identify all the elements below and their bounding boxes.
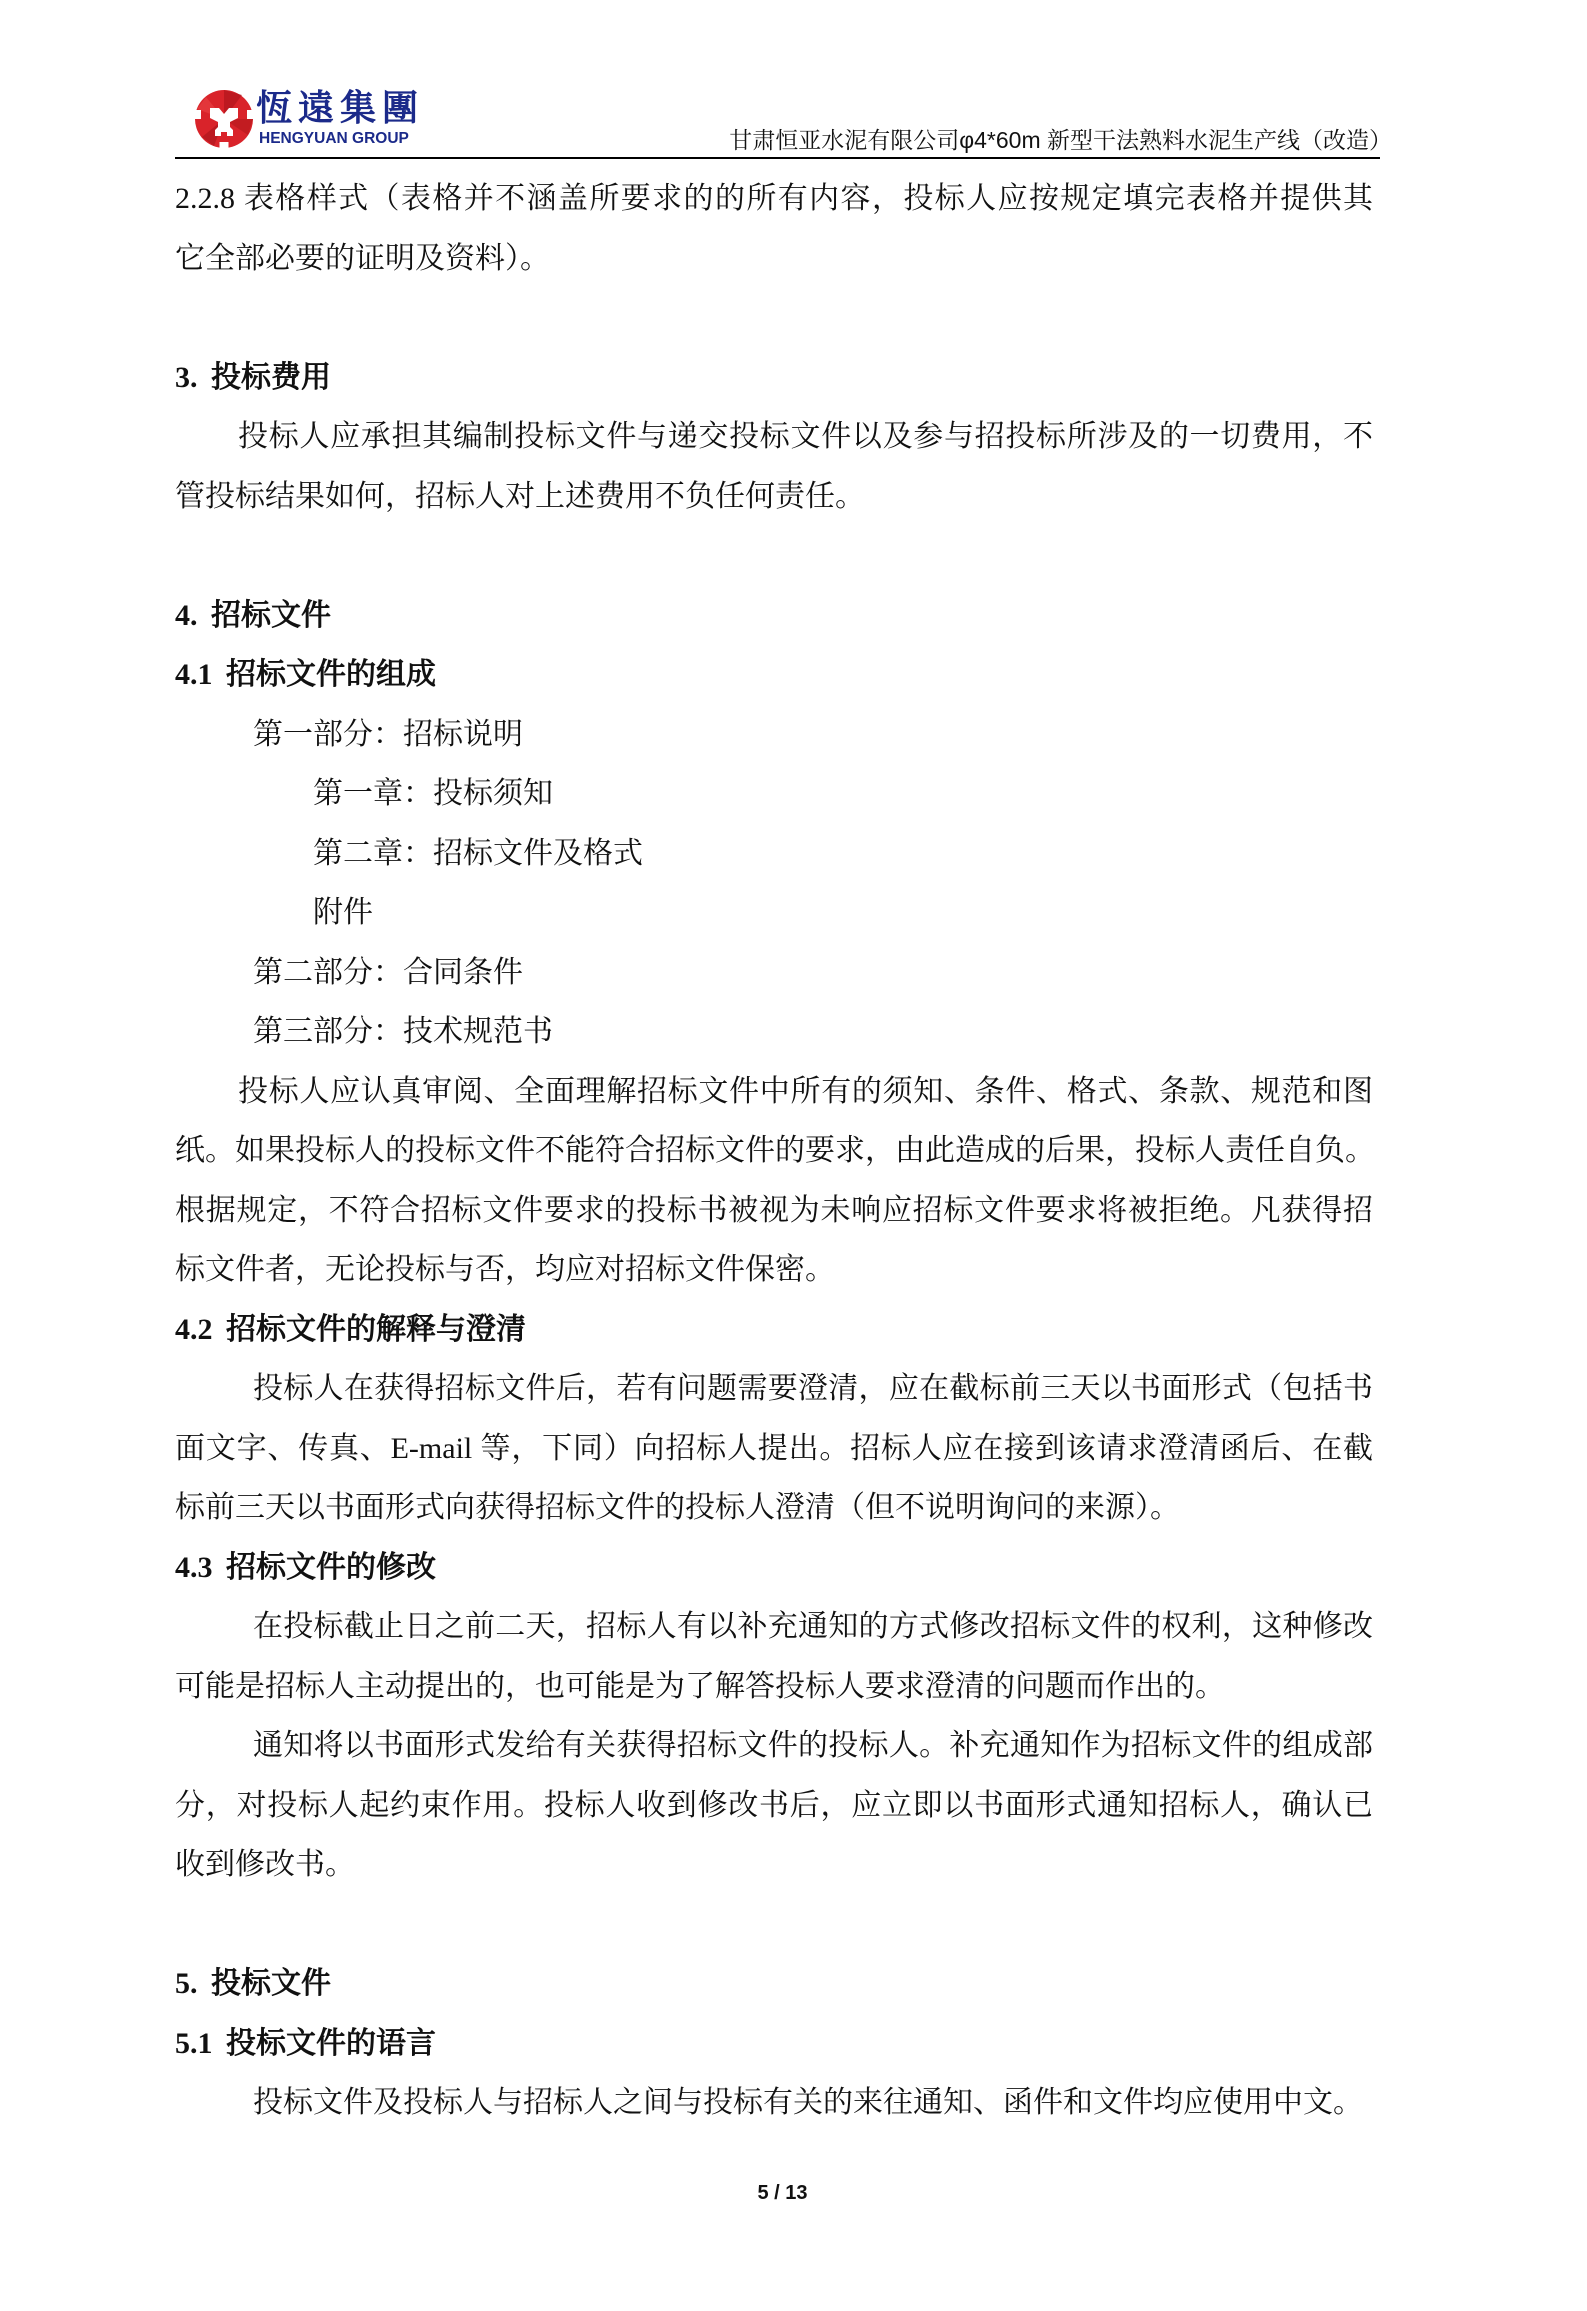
paragraph-line: 通知将以书面形式发给有关获得招标文件的投标人。补充通知作为招标文件的组成部 [175, 1716, 1373, 1776]
subsection-5-1: 5.1 投标文件的语言 投标文件及投标人与招标人之间与投标有关的来往通知、函件和… [175, 2014, 1373, 2133]
paragraph-line: 管投标结果如何，招标人对上述费用不负任何责任。 [175, 467, 1373, 527]
header-divider [175, 157, 1380, 159]
blank-line [175, 1895, 1373, 1955]
paragraph-line: 投标人应承担其编制投标文件与递交投标文件以及参与招投标所涉及的一切费用，不 [175, 407, 1373, 467]
section-5: 5. 投标文件 5.1 投标文件的语言 投标文件及投标人与招标人之间与投标有关的… [175, 1954, 1373, 2133]
outline-item-attachment: 附件 [175, 883, 1373, 943]
paragraph-line: 面文字、传真、E-mail 等，下同）向招标人提出。招标人应在接到该请求澄清函后… [175, 1419, 1373, 1479]
paragraph-line: 2.2.8 表格样式（表格并不涵盖所要求的的所有内容，投标人应按规定填完表格并提… [175, 169, 1373, 229]
paragraph-line: 分，对投标人起约束作用。投标人收到修改书后，应立即以书面形式通知招标人，确认已 [175, 1776, 1373, 1836]
paragraph-line: 标文件者，无论投标与否，均应对招标文件保密。 [175, 1240, 1373, 1300]
section-heading: 3. 投标费用 [175, 348, 1373, 408]
subsection-heading: 4.3 招标文件的修改 [175, 1538, 1373, 1598]
paragraph-line: 纸。如果投标人的投标文件不能符合招标文件的要求，由此造成的后果，投标人责任自负。 [175, 1121, 1373, 1181]
subsection-4-2: 4.2 招标文件的解释与澄清 投标人在获得招标文件后，若有问题需要澄清，应在截标… [175, 1300, 1373, 1538]
subsection-heading: 4.2 招标文件的解释与澄清 [175, 1300, 1373, 1360]
clause-2-2-8: 2.2.8 表格样式（表格并不涵盖所要求的的所有内容，投标人应按规定填完表格并提… [175, 169, 1373, 288]
paragraph-line: 根据规定，不符合招标文件要求的投标书被视为未响应招标文件要求将被拒绝。凡获得招 [175, 1181, 1373, 1241]
outline-item-part-1: 第一部分：招标说明 [175, 705, 1373, 765]
hengyuan-logo-icon [194, 89, 254, 149]
subsection-heading: 5.1 投标文件的语言 [175, 2014, 1373, 2074]
section-4: 4. 招标文件 4.1 招标文件的组成 第一部分：招标说明 第一章：投标须知 第… [175, 586, 1373, 1895]
document-page: 恆遠集團 HENGYUAN GROUP 甘肃恒亚水泥有限公司φ4*60m 新型干… [0, 0, 1587, 2311]
blank-line [175, 288, 1373, 348]
subsection-4-1: 4.1 招标文件的组成 第一部分：招标说明 第一章：投标须知 第二章：招标文件及… [175, 645, 1373, 1300]
outline-item-chapter-2: 第二章：招标文件及格式 [175, 824, 1373, 884]
paragraph-line: 可能是招标人主动提出的，也可能是为了解答投标人要求澄清的问题而作出的。 [175, 1657, 1373, 1717]
blank-line [175, 526, 1373, 586]
section-heading: 4. 招标文件 [175, 586, 1373, 646]
paragraph-line: 投标人在获得招标文件后，若有问题需要澄清，应在截标前三天以书面形式（包括书 [175, 1359, 1373, 1419]
paragraph-line: 在投标截止日之前二天，招标人有以补充通知的方式修改招标文件的权利，这种修改 [175, 1597, 1373, 1657]
section-heading: 5. 投标文件 [175, 1954, 1373, 2014]
paragraph-line: 它全部必要的证明及资料）。 [175, 229, 1373, 289]
company-logo-name-cn: 恆遠集團 [256, 86, 424, 130]
paragraph-line: 标前三天以书面形式向获得招标文件的投标人澄清（但不说明询问的来源）。 [175, 1478, 1373, 1538]
paragraph-line: 投标人应认真审阅、全面理解招标文件中所有的须知、条件、格式、条款、规范和图 [175, 1062, 1373, 1122]
paragraph-line: 收到修改书。 [175, 1835, 1373, 1895]
outline-item-chapter-1: 第一章：投标须知 [175, 764, 1373, 824]
page-number: 5 / 13 [700, 2181, 865, 2205]
subsection-4-3: 4.3 招标文件的修改 在投标截止日之前二天，招标人有以补充通知的方式修改招标文… [175, 1538, 1373, 1895]
paragraph-line: 投标文件及投标人与招标人之间与投标有关的来往通知、函件和文件均应使用中文。 [175, 2073, 1373, 2133]
company-logo-name-en: HENGYUAN GROUP [259, 131, 409, 147]
section-3: 3. 投标费用 投标人应承担其编制投标文件与递交投标文件以及参与招投标所涉及的一… [175, 348, 1373, 527]
subsection-heading: 4.1 招标文件的组成 [175, 645, 1373, 705]
document-body: 2.2.8 表格样式（表格并不涵盖所要求的的所有内容，投标人应按规定填完表格并提… [175, 169, 1373, 2133]
outline-item-part-3: 第三部分：技术规范书 [175, 1002, 1373, 1062]
project-title: 甘肃恒亚水泥有限公司φ4*60m 新型干法熟料水泥生产线（改造） [729, 127, 1392, 153]
outline-item-part-2: 第二部分：合同条件 [175, 943, 1373, 1003]
